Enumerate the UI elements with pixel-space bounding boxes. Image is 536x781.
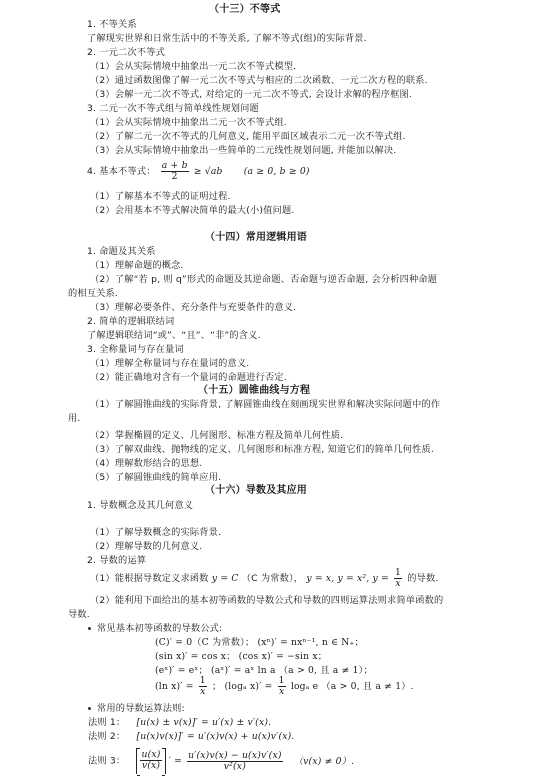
s15-item4: （4）理解数形结合的思想. [90,457,202,470]
s13-item1-text: 了解现实世界和日常生活中的不等关系, 了解不等式(组)的实际背景. [87,32,367,45]
formula-4: (ln x)′ = 1x ； (logₐ x)′ = 1x logₐ e （a … [155,676,414,698]
s15-item2: （2）掌握椭圆的定义、几何图形、标准方程及简单几何性质. [90,429,343,442]
rules-heading: 常用的导数运算法则: [88,702,185,715]
s14-item3-1: （1）理解全称量词与存在量词的意义. [90,357,249,370]
fraction-1-over-x: 1x [199,676,207,697]
s16-item2-2b: 导数. [68,608,90,621]
rule-1: 法则 1： [u(x) ± v(x)]′ = u′(x) ± v′(x). [88,716,271,729]
quotient-rule-fraction: u′(x)v(x) − u(x)v′(x)v²(x) [187,751,283,772]
s15-item1b: 用. [68,412,81,425]
inequality-relation: ≥ √ab [194,166,223,177]
s14-item1-2a: （2）了解“若 p, 则 q”形式的命题及其逆命题、否命题与逆否命题, 会分析四… [90,273,437,286]
s14-item2-heading: 2. 简单的逻辑联结词 [87,315,174,328]
document-page: （十三）不等式 1. 不等关系 了解现实世界和日常生活中的不等关系, 了解不等式… [0,0,536,781]
s13-item2-heading: 2. 一元二次不等式 [87,46,165,59]
inequality-condition: (a ≥ 0, b ≥ 0) [244,166,310,177]
bullet-icon [88,707,91,710]
s13-item4-2: （2）会用基本不等式解决简单的最大(小)值问题. [90,204,294,217]
s13-item3-heading: 3. 二元一次不等式组与简单线性规划问题 [87,102,259,115]
bullet-icon [88,627,91,630]
s16-item1-heading: 1. 导数概念及其几何意义 [87,499,193,512]
fraction-a-plus-b-over-2: a + b 2 [161,161,189,182]
s16-item1-1: （1）了解导数概念的实际背景. [90,526,221,539]
s15-item5: （5）了解圆锥曲线的简单应用. [90,471,221,484]
s13-item4-1: （1）了解基本不等式的证明过程. [90,190,231,203]
formula-1: (C)′ = 0（C 为常数）； (xⁿ)′ = nxⁿ⁻¹, n ∈ N₊； [155,636,364,649]
s16-item2-2a: （2）能利用下面给出的基本初等函数的导数公式和导数的四则运算法则求简单函数的 [90,594,443,607]
section-13-title: （十三）不等式 [209,3,280,16]
s14-item1-3: （3）理解必要条件、充分条件与充要条件的意义. [90,301,296,314]
s14-item2-text: 了解逻辑联结词“或”、“且”、“非”的含义. [87,329,261,342]
s14-item1-2b: 的相互关系. [68,287,118,300]
s15-item3: （3）了解双曲线、抛物线的定义、几何图形和标准方程, 知道它们的简单几何性质. [90,443,434,456]
fraction-1-over-x: 1 x [394,568,402,589]
section-15-title: （十五）圆锥曲线与方程 [198,384,310,397]
fraction-1-over-x: 1x [278,676,286,697]
s15-item1a: （1）了解圆锥曲线的实际背景, 了解圆锥曲线在刻画现实世界和解决实际问题中的作 [90,398,440,411]
s13-item2-2: （2）通过函数图像了解一元二次不等式与相应的二次函数、一元二次方程的联系. [90,74,428,87]
s13-item2-1: （1）会从实际情境中抽象出一元二次不等式模型. [90,60,296,73]
s13-item4-heading: 4. 基本不等式： [87,166,156,177]
s14-item3-heading: 3. 全称量词与存在量词 [87,343,184,356]
s13-item3-2: （2）了解二元一次不等式的几何意义, 能用平面区域表示二元一次不等式组. [90,130,406,143]
section-16-title: （十六）导数及其应用 [205,484,307,497]
s13-item4-basic-inequality: 4. 基本不等式： a + b 2 ≥ √ab (a ≥ 0, b ≥ 0) [87,160,310,184]
s14-item1-1: （1）理解命题的概念. [90,259,184,272]
s14-item1-heading: 1. 命题及其关系 [87,245,156,258]
s13-item1-heading: 1. 不等关系 [87,18,137,31]
s16-item1-2: （2）理解导数的几何意义. [90,540,202,553]
s13-item3-1: （1）会从实际情境中抽象出二元一次不等式组. [90,116,287,129]
s13-item2-3: （3）会解一元二次不等式, 对给定的一元二次不等式, 会设计求解的程序框图. [90,88,412,101]
formulas-heading: 常见基本初等函数的导数公式: [88,622,222,635]
s16-item2-1: （1）能根据导数定义求函数 y = C （C 为常数）， y = x, y = … [90,568,439,590]
s13-item3-3: （3）会从实际情境中抽象出一些简单的二元线性规划问题, 并能加以解决. [90,144,396,157]
bracket-quotient: u(x)v(x) [136,748,165,774]
rule-2: 法则 2： [u(x)v(x)]′ = u′(x)v(x) + u(x)v′(x… [88,730,295,743]
section-14-title: （十四）常用逻辑用语 [205,231,307,244]
rule-3: 法则 3： u(x)v(x) ′ = u′(x)v(x) − u(x)v′(x)… [88,748,354,775]
formula-2: (sin x)′ = cos x； (cos x)′ = −sin x； [155,650,327,663]
s14-item3-2: （2）能正确地对含有一个量词的命题进行否定. [90,371,287,384]
s16-item2-heading: 2. 导数的运算 [87,554,146,567]
